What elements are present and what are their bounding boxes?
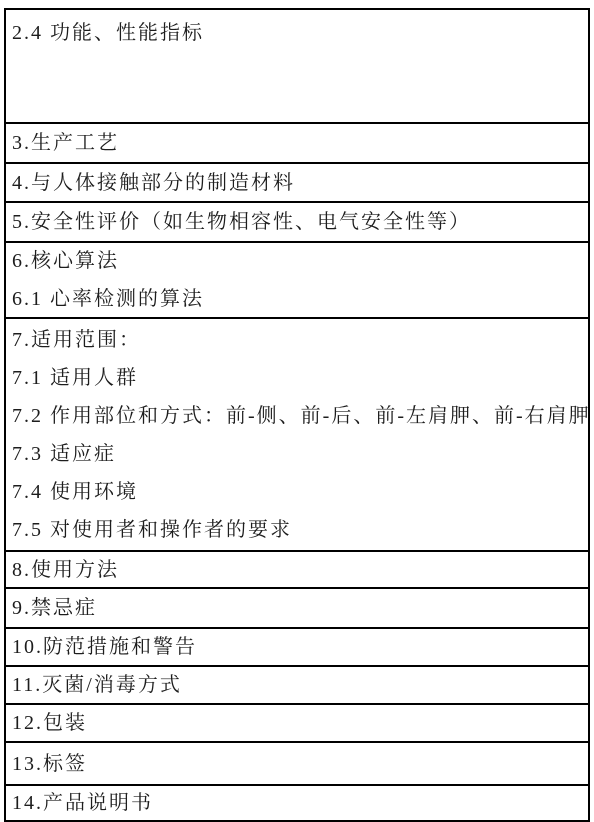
table-row-product-manual: 14.产品说明书 — [6, 786, 588, 820]
row-text: 13.标签 — [12, 745, 585, 783]
table-row-scope-of-application: 7.适用范围： 7.1 适用人群 7.2 作用部位和方式：前-侧、前-后、前-左… — [6, 319, 588, 552]
table-row-production-process: 3.生产工艺 — [6, 124, 588, 164]
row-text: 11.灭菌/消毒方式 — [12, 667, 585, 704]
document-outline-table: 2.4 功能、性能指标 3.生产工艺 4.与人体接触部分的制造材料 5.安全性评… — [4, 8, 590, 822]
row-text: 2.4 功能、性能指标 — [12, 14, 585, 52]
row-text: 6.1 心率检测的算法 — [12, 280, 585, 318]
table-row-contraindications: 9.禁忌症 — [6, 589, 588, 629]
row-text: 7.3 适应症 — [12, 435, 585, 473]
row-text: 12.包装 — [12, 705, 585, 742]
table-row-precautions-warnings: 10.防范措施和警告 — [6, 629, 588, 667]
table-row-usage-method: 8.使用方法 — [6, 552, 588, 589]
row-text: 8.使用方法 — [12, 552, 585, 589]
row-text: 7.适用范围： — [12, 321, 585, 359]
table-row-functional-performance: 2.4 功能、性能指标 — [6, 10, 588, 124]
row-text: 6.核心算法 — [12, 243, 585, 280]
row-text: 10.防范措施和警告 — [12, 629, 585, 666]
row-text: 7.1 适用人群 — [12, 359, 585, 397]
row-text: 7.5 对使用者和操作者的要求 — [12, 511, 585, 549]
table-row-safety-evaluation: 5.安全性评价（如生物相容性、电气安全性等） — [6, 203, 588, 243]
row-text: 5.安全性评价（如生物相容性、电气安全性等） — [12, 203, 585, 241]
row-text: 7.2 作用部位和方式：前-侧、前-后、前-左肩胛、前-右肩胛 — [12, 397, 585, 435]
row-text: 7.4 使用环境 — [12, 473, 585, 511]
row-text: 3.生产工艺 — [12, 124, 585, 162]
row-text: 9.禁忌症 — [12, 589, 585, 627]
table-row-core-algorithm: 6.核心算法 6.1 心率检测的算法 — [6, 243, 588, 319]
table-row-label: 13.标签 — [6, 743, 588, 786]
table-row-packaging: 12.包装 — [6, 705, 588, 743]
table-row-sterilization-disinfection: 11.灭菌/消毒方式 — [6, 667, 588, 705]
row-text: 14.产品说明书 — [12, 786, 585, 820]
table-row-contact-materials: 4.与人体接触部分的制造材料 — [6, 164, 588, 203]
row-text: 4.与人体接触部分的制造材料 — [12, 164, 585, 202]
